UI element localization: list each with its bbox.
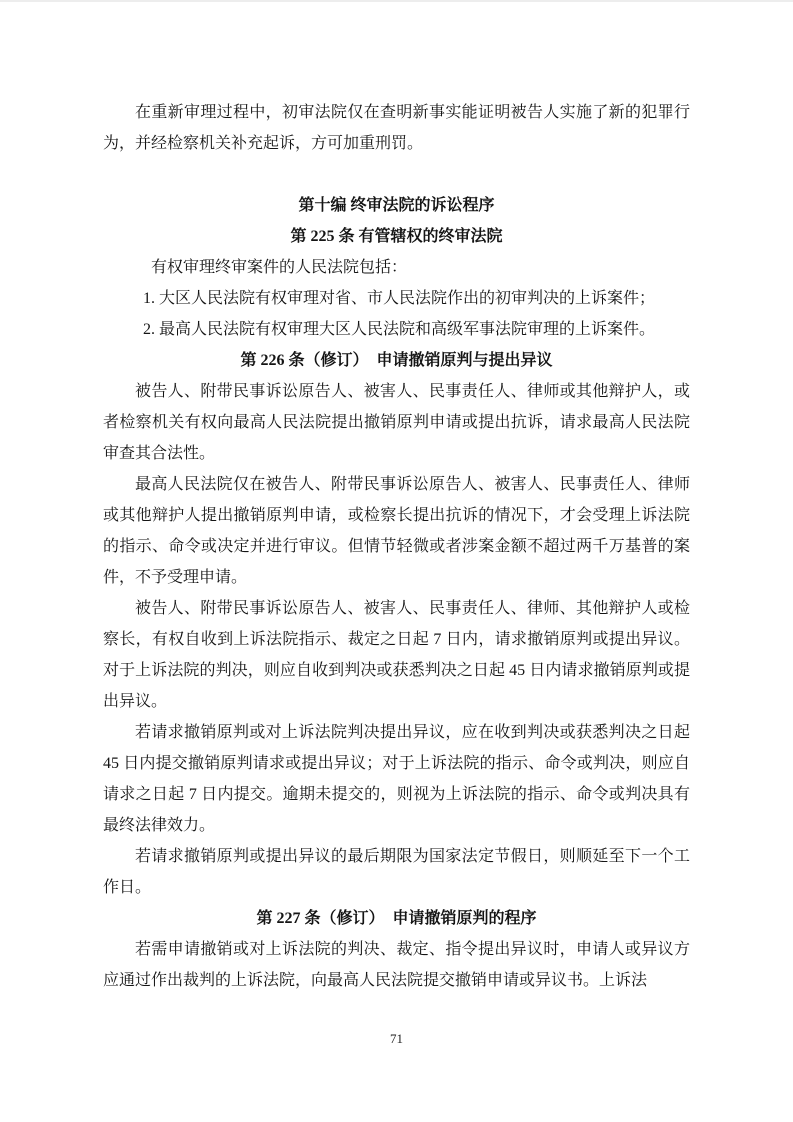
page-number: 71 (0, 1030, 793, 1047)
article-heading-225: 第 225 条 有管辖权的终审法院 (103, 221, 690, 252)
body-paragraph: 最高人民法院仅在被告人、附带民事诉讼原告人、被害人、民事责任人、律师或其他辩护人… (103, 469, 690, 593)
body-paragraph: 若请求撤销原判或提出异议的最后期限为国家法定节假日，则顺延至下一个工作日。 (103, 841, 690, 903)
body-paragraph: 在重新审理过程中，初审法院仅在查明新事实能证明被告人实施了新的犯罪行为，并经检察… (103, 97, 690, 159)
body-paragraph: 被告人、附带民事诉讼原告人、被害人、民事责任人、律师或其他辩护人，或者检察机关有… (103, 376, 690, 469)
article-heading-227: 第 227 条（修订） 申请撤销原判的程序 (103, 903, 690, 934)
document-body: 在重新审理过程中，初审法院仅在查明新事实能证明被告人实施了新的犯罪行为，并经检察… (103, 97, 690, 996)
body-paragraph: 若需申请撤销或对上诉法院的判决、裁定、指令提出异议时，申请人或异议方应通过作出裁… (103, 934, 690, 996)
chapter-heading: 第十编 终审法院的诉讼程序 (103, 190, 690, 221)
body-paragraph-lead: 有权审理终审案件的人民法院包括： (103, 252, 690, 283)
list-item: 2. 最高人民法院有权审理大区人民法院和高级军事法院审理的上诉案件。 (103, 314, 690, 345)
document-page: 在重新审理过程中，初审法院仅在查明新事实能证明被告人实施了新的犯罪行为，并经检察… (0, 0, 793, 1122)
body-paragraph: 若请求撤销原判或对上诉法院判决提出异议，应在收到判决或获悉判决之日起 45 日内… (103, 717, 690, 841)
body-paragraph: 被告人、附带民事诉讼原告人、被害人、民事责任人、律师、其他辩护人或检察长，有权自… (103, 593, 690, 717)
list-item: 1. 大区人民法院有权审理对省、市人民法院作出的初审判决的上诉案件； (103, 283, 690, 314)
article-heading-226: 第 226 条（修订） 申请撤销原判与提出异议 (103, 345, 690, 376)
